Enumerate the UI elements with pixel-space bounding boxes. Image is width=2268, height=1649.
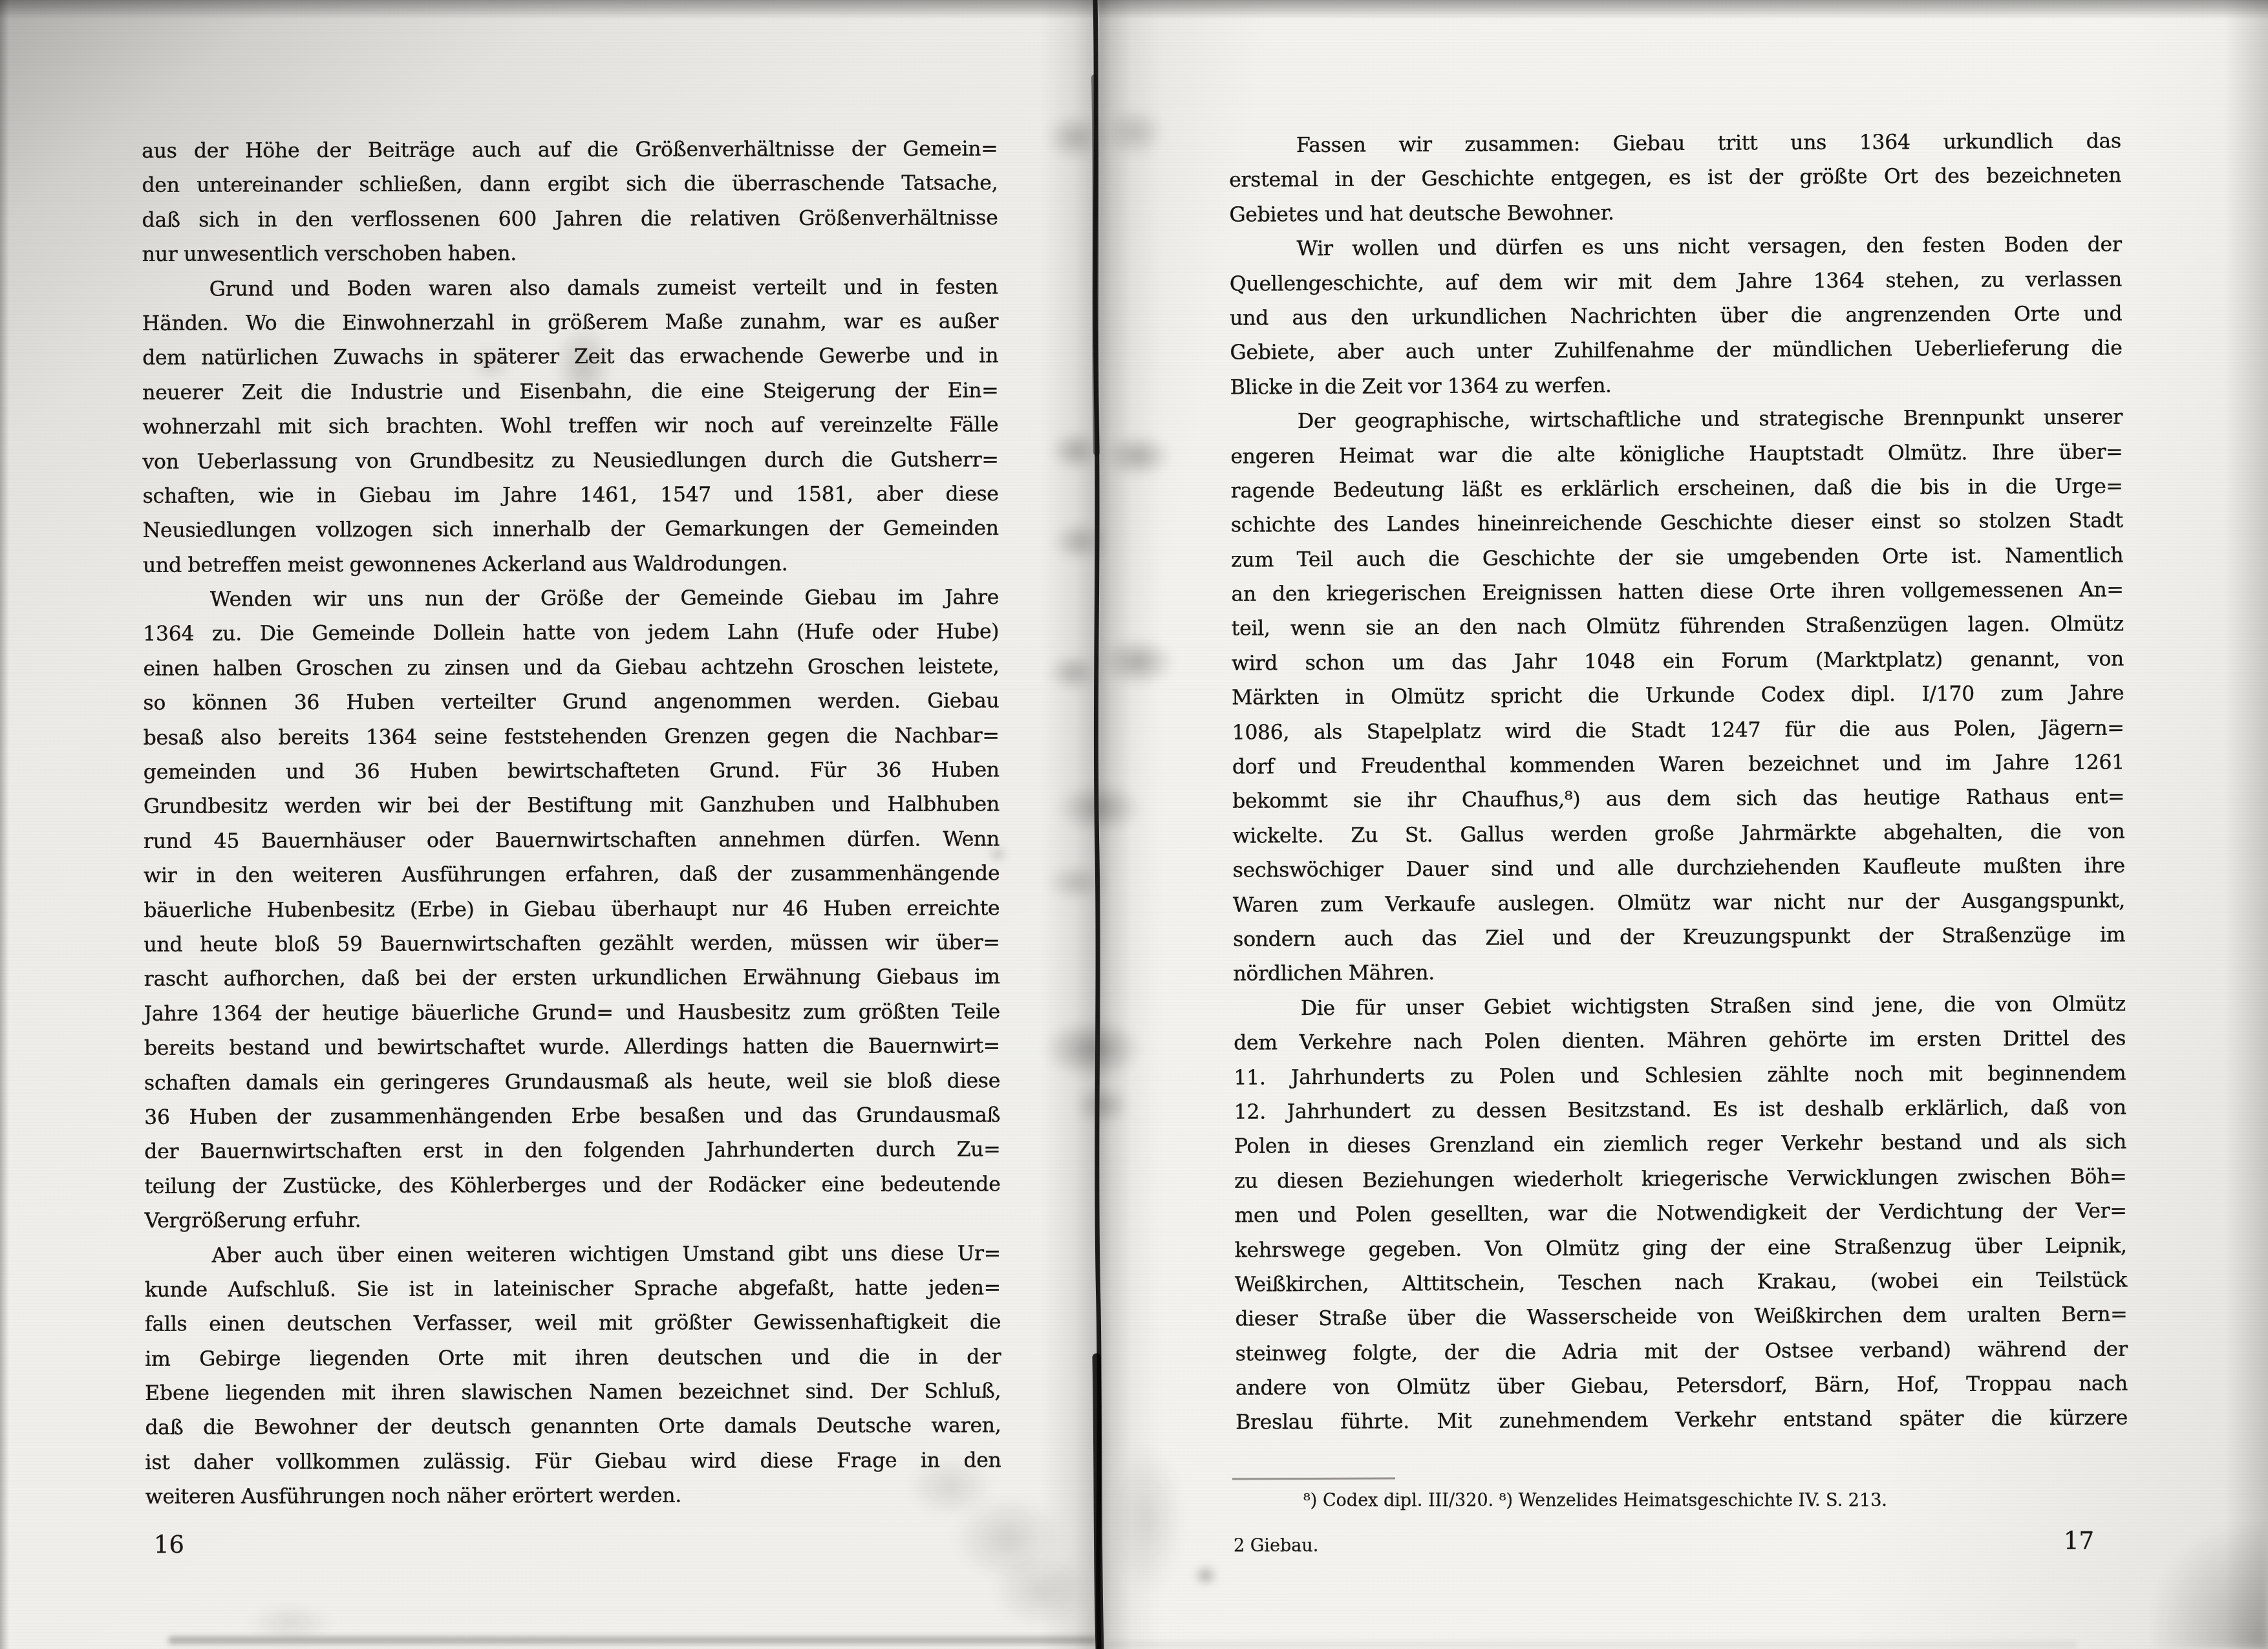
text-line: nördlichen Mähren. [1233,953,2125,992]
text-line: schichte des Landes hineinreichende Gesc… [1231,504,2123,544]
text-line: Neusiedlungen vollzogen sich innerhalb d… [143,512,999,549]
text-line: Weißkirchen, Alttitschein, Teschen nach … [1235,1263,2127,1303]
text-line: Waren zum Verkaufe auslegen. Olmütz war … [1233,884,2125,923]
text-line: Der geographische, wirtschaftliche und s… [1230,401,2123,440]
text-line: kehrswege gegeben. Von Olmütz ging der e… [1235,1229,2127,1268]
text-line: daß die Bewohner der deutsch genannten O… [145,1409,1001,1446]
text-line: wird schon um das Jahr 1048 ein Forum (M… [1232,642,2124,681]
text-line: Die für unser Gebiet wichtigsten Straßen… [1234,987,2126,1027]
text-line: dem natürlichen Zuwachs in späterer Zeit… [142,339,998,376]
text-line: rund 45 Bauernhäuser oder Bauernwirtscha… [144,822,1000,859]
text-line: aus der Höhe der Beiträge auch auf die G… [142,132,998,169]
text-line: Gebiete, aber auch unter Zuhilfenahme de… [1230,332,2122,371]
scan-edge-right [2224,0,2268,1649]
paragraph: Wenden wir uns nun der Größe der Gemeind… [143,580,1001,1239]
text-line: und heute bloß 59 Bauernwirtschaften gez… [144,926,1000,963]
binding-crease [1067,0,1131,1649]
scan-corner-smudge [2153,1526,2268,1649]
text-line: Vergrößerung erfuhr. [145,1202,1001,1239]
text-line: an den kriegerischen Ereignissen hatten … [1231,573,2123,612]
text-line: daß sich in den verflossenen 600 Jahren … [142,201,998,238]
text-line: Ebene liegenden mit ihren slawischen Nam… [145,1374,1001,1411]
text-line: von Ueberlassung von Grundbesitz zu Neus… [142,443,998,480]
signature-mark: 2 Giebau. [1234,1536,1318,1556]
text-line: bäuerliche Hubenbesitz (Erbe) in Giebau … [144,891,1000,928]
text-line: zu diesen Beziehungen wiederholt krieger… [1234,1160,2126,1199]
page-bottom-edge-right [1107,1642,2077,1647]
text-line: und aus den urkundlichen Nachrichten übe… [1230,297,2122,336]
text-line: Grund und Boden waren also damals zumeis… [142,270,998,307]
text-line: bekommt sie ihr Chaufhus,⁸) aus dem sich… [1232,780,2124,820]
text-line: men und Polen gesellten, war die Notwend… [1234,1194,2126,1233]
text-line: Breslau führte. Mit zunehmendem Verkehr … [1236,1401,2128,1441]
text-line: Gebietes und hat deutsche Bewohner. [1229,193,2121,233]
page-bottom-edge-left [168,1637,1099,1644]
paragraph: Aber auch über einen weiteren wichtigen … [145,1237,1001,1515]
text-line: ragende Bedeutung läßt es erklärlich ers… [1230,469,2123,509]
text-line: schaften, wie in Giebau im Jahre 1461, 1… [143,477,999,514]
text-line: Händen. Wo die Einwohnerzahl in größerem… [142,304,998,341]
text-line: 11. Jahrhunderts zu Polen und Schlesien … [1234,1056,2126,1096]
text-line: ist daher vollkommen zulässig. Für Gieba… [145,1443,1001,1480]
text-line: einen halben Groschen zu zinsen und da G… [143,650,999,686]
text-line: dorf und Freudenthal kommenden Waren bez… [1232,745,2124,785]
text-line: 1364 zu. Die Gemeinde Dollein hatte von … [143,615,999,652]
paragraph: Grund und Boden waren also damals zumeis… [142,270,999,583]
text-line: 12. Jahrhundert zu dessen Besitzstand. E… [1234,1090,2126,1130]
text-line: Blicke in die Zeit vor 1364 zu werfen. [1230,366,2123,405]
text-line: Wenden wir uns nun der Größe der Gemeind… [143,580,999,617]
right-page: Fassen wir zusammen: Giebau tritt uns 13… [1229,124,2128,1440]
text-line: Aber auch über einen weiteren wichtigen … [145,1237,1001,1273]
text-line: andere von Olmütz über Giebau, Petersdor… [1236,1367,2128,1406]
text-line: falls einen deutschen Verfasser, weil mi… [145,1306,1001,1343]
text-line: Fassen wir zusammen: Giebau tritt uns 13… [1229,124,2121,164]
text-line: Grundbesitz werden wir bei der Bestiftun… [144,788,1000,825]
text-line: neuerer Zeit die Industrie und Eisenbahn… [142,374,998,410]
text-line: gemeinden und 36 Huben bewirtschafteten … [144,753,1000,790]
page-number: 16 [154,1531,184,1559]
text-line: engeren Heimat war die alte königliche H… [1230,435,2123,474]
text-line: dem Verkehre nach Polen dienten. Mähren … [1234,1022,2126,1061]
text-line: so können 36 Huben verteilter Grund ange… [143,685,999,721]
text-line: besaß also bereits 1364 seine feststehen… [144,719,1000,756]
text-line: nur unwesentlich verschoben haben. [142,235,998,272]
left-page: aus der Höhe der Beiträge auch auf die G… [142,132,1001,1515]
page-number: 17 [2064,1527,2094,1555]
footnote: ⁸) Codex dipl. III/320. ⁸) Wenzelides He… [1232,1487,2124,1515]
text-line: dieser Straße über die Wasserscheide von… [1235,1298,2127,1337]
text-line: kunde Aufschluß. Sie ist in lateinischer… [145,1271,1001,1308]
text-line: Jahre 1364 der heutige bäuerliche Grund=… [144,995,1000,1032]
text-line: und betreffen meist gewonnenes Ackerland… [143,546,999,583]
paragraph: aus der Höhe der Beiträge auch auf die G… [142,132,998,272]
text-line: rascht aufhorchen, daß bei der ersten ur… [144,961,1000,997]
text-line: zum Teil auch die Geschichte der sie umg… [1231,538,2123,578]
text-line: erstemal in der Geschichte entgegen, es … [1229,159,2121,198]
text-line: teilung der Zustücke, des Köhlerberges u… [144,1167,1000,1204]
paragraph: Fassen wir zusammen: Giebau tritt uns 13… [1229,124,2122,232]
paragraph: Die für unser Gebiet wichtigsten Straßen… [1234,987,2128,1440]
text-line: Quellengeschichte, auf dem wir mit dem J… [1230,262,2122,302]
text-line: wir in den weiteren Ausführungen erfahre… [144,856,1000,893]
text-line: Märkten in Olmütz spricht die Urkunde Co… [1232,677,2124,716]
text-line: den untereinander schließen, dann ergibt… [142,167,998,204]
text-line: sechswöchiger Dauer sind und alle durchz… [1233,849,2125,889]
text-line: teil, wenn sie an den nach Olmütz führen… [1232,608,2124,647]
paragraph: Der geographische, wirtschaftliche und s… [1230,401,2126,992]
text-line: Polen in dieses Grenzland ein ziemlich r… [1234,1125,2126,1165]
text-line: der Bauernwirtschaften erst in den folge… [144,1133,1000,1170]
text-line: schaften damals ein geringeres Grundausm… [144,1064,1000,1101]
text-line: steinweg folgte, der die Adria mit der O… [1235,1332,2127,1372]
text-line: 36 Huben der zusammenhängenden Erbe besa… [144,1098,1000,1135]
text-line: 1086, als Stapelplatz wird die Stadt 124… [1232,711,2124,750]
text-line: weiteren Ausführungen noch näher erörter… [145,1478,1001,1515]
text-line: wickelte. Zu St. Gallus werden große Jah… [1232,814,2124,854]
text-line: Wir wollen und dürfen es uns nicht versa… [1230,228,2122,268]
book-scan: aus der Höhe der Beiträge auch auf die G… [0,0,2268,1649]
paragraph: Wir wollen und dürfen es uns nicht versa… [1230,228,2123,405]
scan-edge-top [0,0,2268,19]
text-line: bereits bestand und bewirtschaftet wurde… [144,1029,1000,1066]
scan-edge-left [0,0,9,1649]
text-line: sondern auch das Ziel und der Kreuzungsp… [1233,918,2125,957]
text-line: wohnerzahl mit sich brachten. Wohl treff… [142,408,998,445]
text-line: im Gebirge liegenden Orte mit ihren deut… [145,1340,1001,1377]
